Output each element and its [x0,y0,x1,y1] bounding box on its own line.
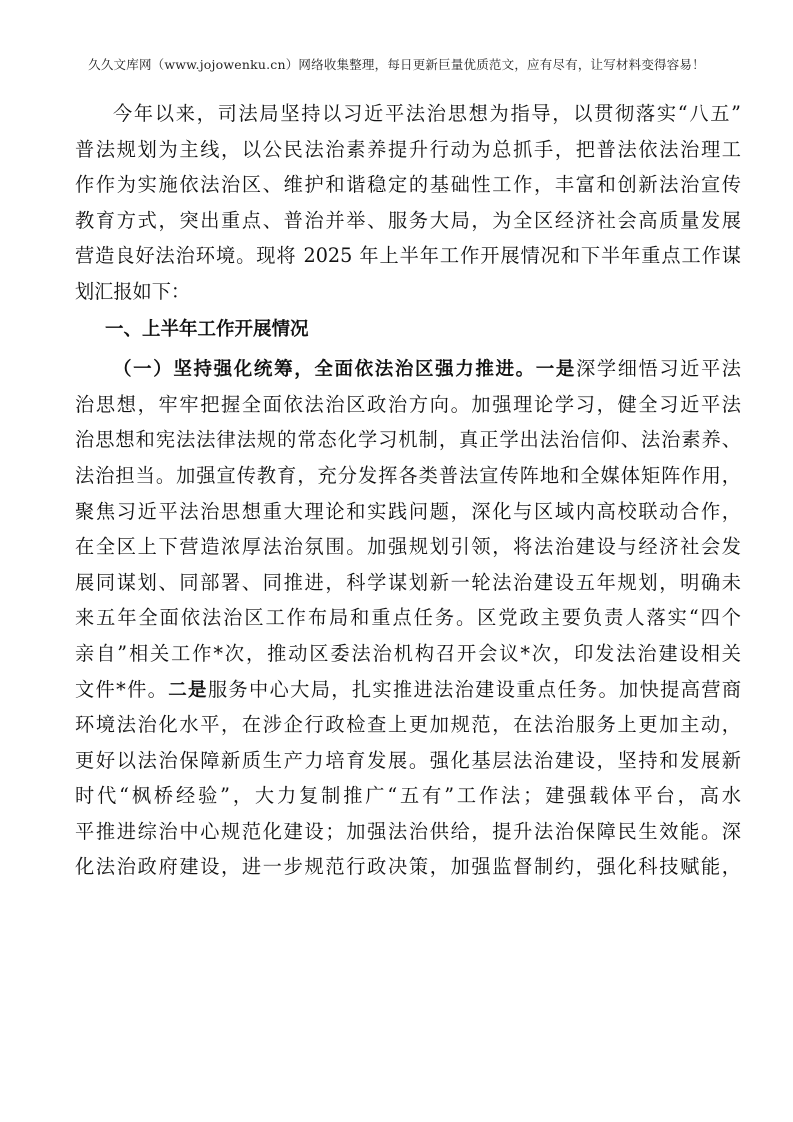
paragraph-line: 来五年全面依法治区工作布局和重点任务。区党政主要负责人落实“四个 [75,600,741,636]
subsection-first-line: （一）坚持强化统筹，全面依法治区强力推进。一是深学细悟习近平法 [75,351,741,387]
paragraph-line: 平推进综治中心规范化建设；加强法治供给，提升法治保障民生效能。深 [75,814,741,850]
text-segment: 文件*件。 [75,678,168,701]
paragraph-line: 治思想，牢牢把握全面依法治区政治方向。加强理论学习，健全习近平法 [75,387,741,423]
paragraph-line: 普法规划为主线，以公民法治素养提升行动为总抓手，把普法依法治理工 [75,132,741,168]
section-heading: 一、上半年工作开展情况 [75,312,741,348]
paragraph-line-with-bold: 文件*件。二是服务中心大局，扎实推进法治建设重点任务。加快提高营商 [75,672,741,708]
paragraph-line: 法治担当。加强宣传教育，充分发挥各类普法宣传阵地和全媒体矩阵作用， [75,458,741,494]
paragraph-line: 亲自”相关工作*次，推动区委法治机构召开会议*次，印发法治建设相关 [75,636,741,672]
paragraph-line: 化法治政府建设，进一步规范行政决策，加强监督制约，强化科技赋能， [75,849,741,885]
paragraph-line: 更好以法治保障新质生产力培育发展。强化基层法治建设，坚持和发展新 [75,743,741,779]
document-body: 今年以来，司法局坚持以习近平法治思想为指导，以贯彻落实“八五” 普法规划为主线，… [75,96,741,885]
text-segment: 服务中心大局，扎实推进法治建设重点任务。加快提高营商 [208,678,741,701]
paragraph-line: 在全区上下营造浓厚法治氛围。加强规划引领，将法治建设与经济社会发 [75,529,741,565]
subsection-text: 深学细悟习近平法 [576,357,741,380]
paragraph-line: 作作为实施依法治区、维护和谐稳定的基础性工作，丰富和创新法治宣传 [75,167,741,203]
paragraph-line: 今年以来，司法局坚持以习近平法治思想为指导，以贯彻落实“八五” [75,96,741,132]
paragraph-line: 环境法治化水平，在涉企行政检查上更加规范，在法治服务上更加主动， [75,707,741,743]
source-watermark-header: 久久文库网（www.jojowenku.cn）网络收集整理，每日更新巨量优质范文… [0,55,793,73]
paragraph-line: 治思想和宪法法律法规的常态化学习机制，真正学出法治信仰、法治素养、 [75,422,741,458]
paragraph-line: 教育方式，突出重点、普治并举、服务大局，为全区经济社会高质量发展 [75,203,741,239]
paragraph-line: 时代“枫桥经验”，大力复制推广“五有”工作法；建强载体平台，高水 [75,778,741,814]
subsection-title: （一）坚持强化统筹，全面依法治区强力推进。一是 [113,359,576,380]
paragraph-line: 聚焦习近平法治思想重大理论和实践问题，深化与区域内高校联动合作， [75,494,741,530]
paragraph-line: 划汇报如下： [75,274,741,310]
bold-marker: 二是 [168,680,208,701]
paragraph-line: 展同谋划、同部署、同推进，科学谋划新一轮法治建设五年规划，明确未 [75,565,741,601]
paragraph-line: 营造良好法治环境。现将 2025 年上半年工作开展情况和下半年重点工作谋 [75,238,741,274]
